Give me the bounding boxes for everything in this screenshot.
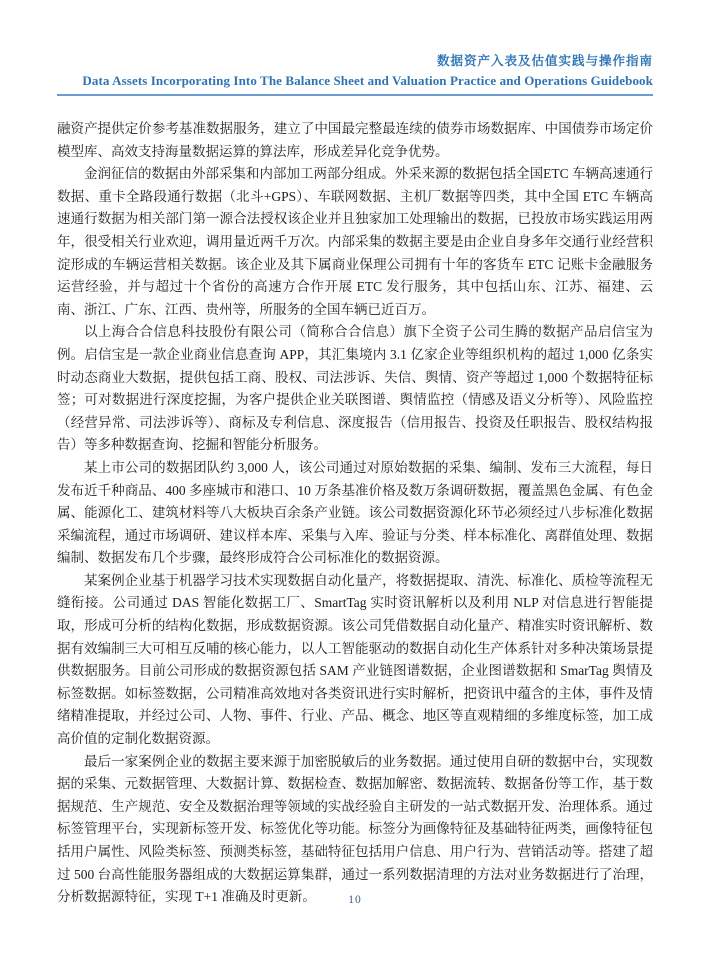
header-title-chinese: 数据资产入表及估值实践与操作指南 <box>57 53 653 70</box>
paragraph: 某案例企业基于机器学习技术实现数据自动化量产，将数据提取、清洗、标准化、质检等流… <box>57 570 653 751</box>
header-rule <box>57 94 653 96</box>
header-title-english: Data Assets Incorporating Into The Balan… <box>57 72 653 90</box>
paragraph: 金润征信的数据由外部采集和内部加工两部分组成。外采来源的数据包括全国ETC 车辆… <box>57 163 653 321</box>
paragraph: 某上市公司的数据团队约 3,000 人，该公司通过对原始数据的采集、编制、发布三… <box>57 457 653 570</box>
paragraph: 以上海合合信息科技股份有限公司（简称合合信息）旗下全资子公司生腾的数据产品启信宝… <box>57 321 653 457</box>
page-number: 10 <box>348 894 362 906</box>
document-body: 融资产提供定价参考基准数据服务，建立了中国最完整最连续的债券市场数据库、中国债券… <box>57 118 653 909</box>
body-paragraphs: 融资产提供定价参考基准数据服务，建立了中国最完整最连续的债券市场数据库、中国债券… <box>57 118 653 909</box>
paragraph: 最后一家案例企业的数据主要来源于加密脱敏后的业务数据。通过使用自研的数据中台，实… <box>57 751 653 909</box>
page-header: 数据资产入表及估值实践与操作指南 Data Assets Incorporati… <box>57 53 653 90</box>
document-page: 数据资产入表及估值实践与操作指南 Data Assets Incorporati… <box>0 0 710 963</box>
page-footer: 10 <box>0 890 710 908</box>
paragraph: 融资产提供定价参考基准数据服务，建立了中国最完整最连续的债券市场数据库、中国债券… <box>57 118 653 163</box>
